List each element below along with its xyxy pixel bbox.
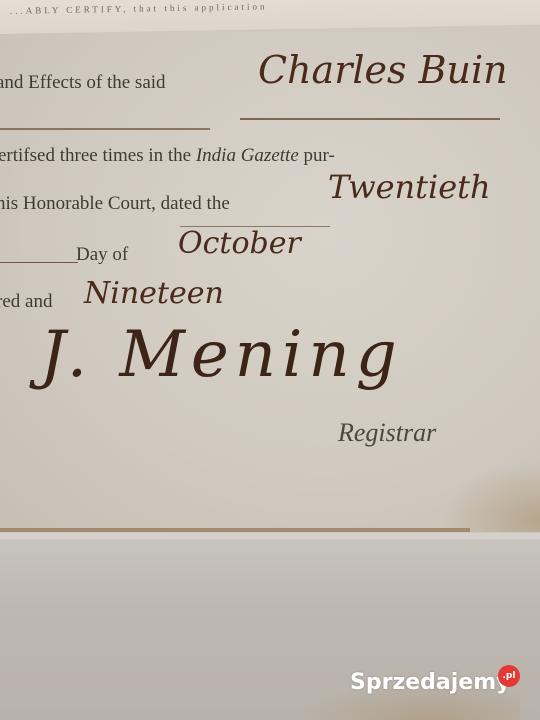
fold-highlight	[0, 533, 540, 539]
signature: J. Mening	[40, 318, 403, 392]
underline	[0, 128, 210, 130]
top-strip-text: ...ABLY CERTIFY, that this application	[10, 1, 268, 15]
printed-line-2: ertifsed three times in the India Gazett…	[0, 145, 335, 167]
handwritten-name: Charles Buin	[258, 48, 508, 92]
handwritten-year: Nineteen	[84, 276, 224, 311]
text: ertifsed three times in the	[0, 145, 196, 166]
printed-line-1: and Effects of the said	[0, 72, 166, 94]
printed-line-3: his Honorable Court, dated the	[0, 193, 230, 215]
handwritten-month: October	[178, 226, 301, 261]
paper-sheet	[0, 32, 540, 532]
text: pur-	[299, 145, 335, 166]
watermark-logo: Sprzedajemy	[350, 670, 511, 695]
printed-line-5: red and	[0, 291, 52, 313]
underline	[0, 262, 78, 263]
folded-top-strip: ...ABLY CERTIFY, that this application	[0, 0, 540, 34]
newspaper-name: India Gazette	[196, 145, 299, 166]
handwritten-day: Twentieth	[328, 168, 491, 206]
document-photo: ...ABLY CERTIFY, that this application a…	[0, 0, 540, 720]
underline	[240, 118, 500, 120]
watermark-badge: .pl	[498, 665, 520, 687]
registrar-title: Registrar	[338, 418, 436, 448]
printed-line-4: Day of	[76, 244, 128, 266]
